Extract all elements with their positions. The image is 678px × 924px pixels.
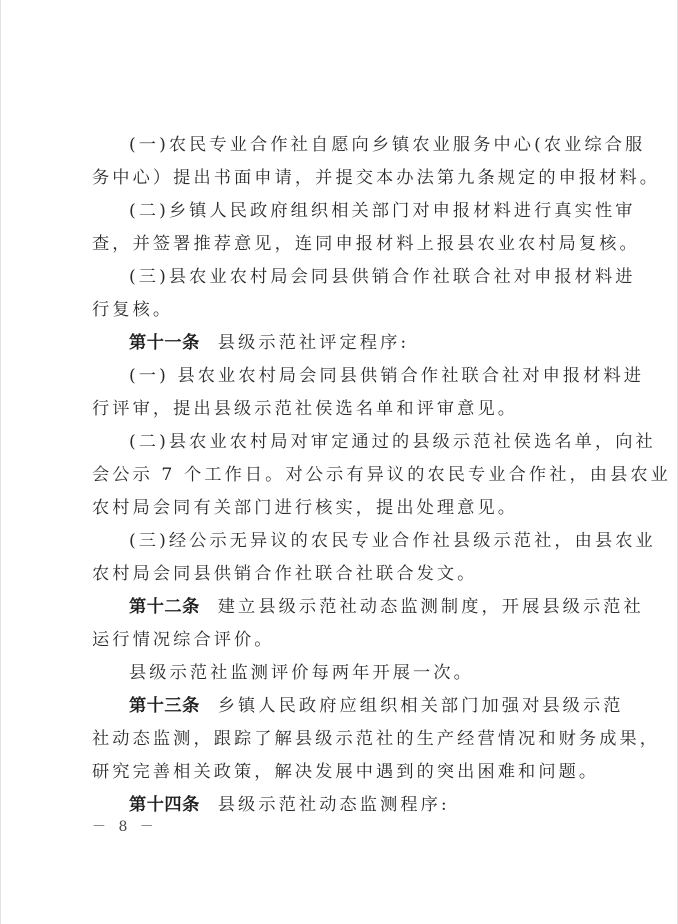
line-text: 行复核。 (92, 300, 173, 320)
text-line: 农村局会同县供销合作社联合社联合发文。 (92, 558, 592, 591)
line-text: 行评审，提出县级示范社侯选名单和评审意见。 (92, 399, 518, 419)
line-text: 建立县级示范社动态监测制度，开展县级示范社 (218, 597, 644, 617)
article-number: 第十四条 (129, 795, 200, 815)
text-line: 行复核。 (92, 294, 592, 327)
page-edge-left (0, 0, 1, 924)
line-text: (二)县农业农村局对审定通过的县级示范社侯选名单，向社 (129, 432, 656, 452)
article-number: 第十三条 (129, 696, 200, 716)
text-line: 务中心）提出书面申请，并提交本办法第九条规定的申报材料。 (92, 162, 592, 195)
text-line: 行评审，提出县级示范社侯选名单和评审意见。 (92, 393, 592, 426)
line-text: 社动态监测，跟踪了解县级示范社的生产经营情况和财务成果， (92, 729, 660, 749)
line-text: 农村局会同有关部门进行核实，提出处理意见。 (92, 498, 518, 518)
text-line: 农村局会同有关部门进行核实，提出处理意见。 (92, 492, 592, 525)
line-text: (一) 县农业农村局会同县供销合作社联合社对申报材料进 (129, 366, 644, 386)
text-line: 查，并签署推荐意见，连同申报材料上报县农业农村局复核。 (92, 228, 592, 261)
line-text: 查，并签署推荐意见，连同申报材料上报县农业农村局复核。 (92, 234, 640, 254)
article-number: 第十一条 (129, 333, 200, 353)
line-text: 会公示 7 个工作日。对公示有异议的农民专业合作社，由县农业 (92, 465, 671, 485)
text-line: 运行情况综合评价。 (92, 624, 592, 657)
line-text: (二)乡镇人民政府组织相关部门对申报材料进行真实性审 (129, 201, 636, 221)
article-number: 第十二条 (129, 597, 200, 617)
text-line: (一) 县农业农村局会同县供销合作社联合社对申报材料进 (92, 360, 592, 393)
text-line: (二)县农业农村局对审定通过的县级示范社侯选名单，向社 (92, 426, 592, 459)
line-text: 研究完善相关政策，解决发展中遇到的突出困难和问题。 (92, 762, 599, 782)
line-text: 县级示范社评定程序: (218, 333, 409, 353)
text-line: (二)乡镇人民政府组织相关部门对申报材料进行真实性审 (92, 195, 592, 228)
text-line: 县级示范社监测评价每两年开展一次。 (92, 657, 592, 690)
line-text: 县级示范社监测评价每两年开展一次。 (129, 663, 474, 683)
line-text: (三)县农业农村局会同县供销合作社联合社对申报材料进 (129, 267, 636, 287)
text-line: (三)县农业农村局会同县供销合作社联合社对申报材料进 (92, 261, 592, 294)
article-heading-12: 第十二条建立县级示范社动态监测制度，开展县级示范社 (92, 591, 592, 624)
page-number: － 8 － (92, 816, 158, 836)
text-line: (一)农民专业合作社自愿向乡镇农业服务中心(农业综合服 (92, 129, 592, 162)
line-text: 县级示范社动态监测程序: (218, 795, 450, 815)
text-line: 会公示 7 个工作日。对公示有异议的农民专业合作社，由县农业 (92, 459, 592, 492)
article-heading-11: 第十一条县级示范社评定程序: (92, 327, 592, 360)
line-text: 务中心）提出书面申请，并提交本办法第九条规定的申报材料。 (92, 168, 660, 188)
document-page: (一)农民专业合作社自愿向乡镇农业服务中心(农业综合服 务中心）提出书面申请，并… (92, 129, 592, 822)
line-text: 农村局会同县供销合作社联合社联合发文。 (92, 564, 477, 584)
line-text: 乡镇人民政府应组织相关部门加强对县级示范 (218, 696, 624, 716)
text-line: 社动态监测，跟踪了解县级示范社的生产经营情况和财务成果， (92, 723, 592, 756)
article-heading-14: 第十四条县级示范社动态监测程序: (92, 789, 592, 822)
article-heading-13: 第十三条乡镇人民政府应组织相关部门加强对县级示范 (92, 690, 592, 723)
line-text: (一)农民专业合作社自愿向乡镇农业服务中心(农业综合服 (129, 135, 645, 155)
line-text: 运行情况综合评价。 (92, 630, 275, 650)
text-line: 研究完善相关政策，解决发展中遇到的突出困难和问题。 (92, 756, 592, 789)
text-line: (三)经公示无异议的农民专业合作社县级示范社，由县农业 (92, 525, 592, 558)
line-text: (三)经公示无异议的农民专业合作社县级示范社，由县农业 (129, 531, 656, 551)
